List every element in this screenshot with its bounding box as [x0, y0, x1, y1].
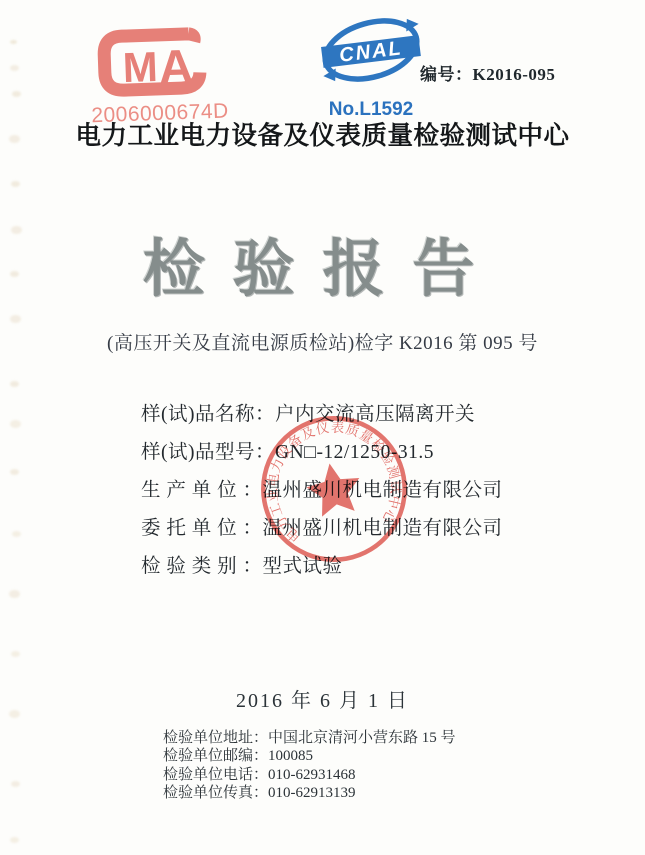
report-date: 2016 年 6 月 1 日: [0, 684, 645, 713]
footer-phone: 检验单位电话：010-62931468: [163, 766, 456, 784]
footer-phone-label: 检验单位电话：: [163, 767, 268, 783]
footer-postcode-value: 100085: [268, 748, 313, 764]
report-title: 检验报告: [0, 237, 645, 302]
report-number-label: 编号：: [420, 65, 473, 84]
cma-mark-block: M A 2006000674D: [88, 24, 223, 129]
footer-postcode-label: 检验单位邮编：: [163, 748, 268, 764]
footer-fax-value: 010-62913139: [268, 785, 356, 801]
footer-phone-value: 010-62931468: [268, 767, 356, 783]
document-code-line: (高压开关及直流电源质检站)检字 K2016 第 095 号: [0, 328, 645, 355]
field-sample-name-label: 样(试)品名称：: [141, 404, 275, 425]
footer-postcode: 检验单位邮编：100085: [163, 747, 456, 765]
stamp-seal-icon: 电力工业电力设备及仪表质量检验测试中心: [246, 401, 422, 577]
cnal-label: CNAL: [338, 37, 404, 67]
report-number: 编号：K2016-095: [420, 60, 555, 85]
cma-logo-icon: M A: [91, 24, 220, 102]
cma-letter-a: A: [158, 41, 195, 95]
report-page: M A 2006000674D CNAL No.L1592 编号：K2016-0…: [0, 0, 645, 855]
stamp-star-icon: [303, 459, 365, 518]
report-number-value: K2016-095: [473, 65, 556, 84]
scan-artifact-smudges: [10, 40, 17, 44]
footer-address: 检验单位地址：中国北京清河小营东路 15 号: [163, 729, 456, 747]
footer-address-value: 中国北京清河小营东路 15 号: [268, 730, 456, 746]
cma-letter-m: M: [122, 43, 159, 91]
cnal-mark-block: CNAL No.L1592: [310, 12, 432, 121]
footer-fax: 检验单位传真：010-62913139: [163, 784, 456, 802]
field-client-label: 委 托 单 位 ：: [141, 518, 263, 539]
field-manufacturer-label: 生 产 单 位 ：: [141, 480, 263, 501]
cnal-logo-icon: CNAL: [310, 12, 432, 94]
official-red-stamp: 电力工业电力设备及仪表质量检验测试中心: [246, 401, 422, 577]
organization-title: 电力工业电力设备及仪表质量检验测试中心: [0, 116, 645, 152]
field-test-category-label: 检 验 类 别 ：: [141, 556, 263, 577]
footer-address-label: 检验单位地址：: [163, 730, 268, 746]
footer-fax-label: 检验单位传真：: [163, 785, 268, 801]
footer-contact-block: 检验单位地址：中国北京清河小营东路 15 号 检验单位邮编：100085 检验单…: [163, 729, 456, 802]
